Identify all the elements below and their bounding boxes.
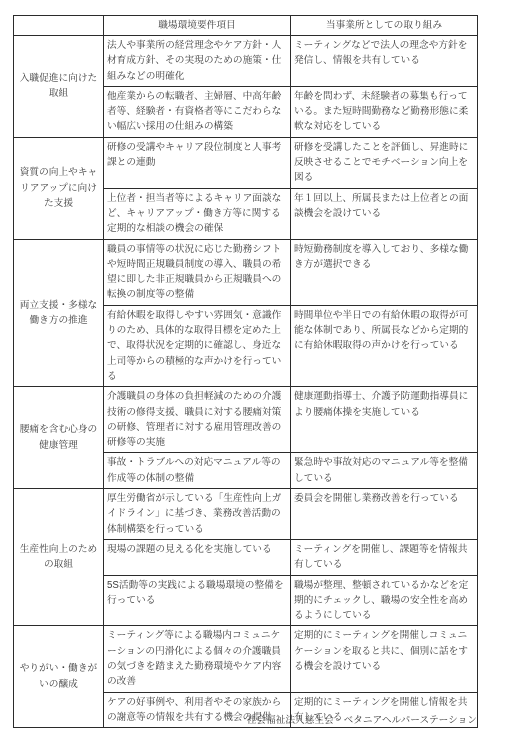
item-cell: 現場の課題の見える化を実施している xyxy=(104,539,291,575)
item-cell: 他産業からの転職者、主婦層、中高年齢者等、経験者・有資格者等にこだわらない幅広い… xyxy=(104,86,291,137)
item-cell: 5S活動等の実践による職場環境の整備を行っている xyxy=(104,575,291,626)
category-cell: 資質の向上やキャリアアップに向けた支援 xyxy=(14,137,104,239)
organization-name: 社会福祉法人慈生会 ベタニアヘルパーステーション xyxy=(247,713,477,728)
initiative-cell: 委員会を開催し業務改善を行っている xyxy=(291,489,478,540)
table-row: 腰痛を含む心身の健康管理介護職員の身体の負担軽減のための介護技術の修得支援、職員… xyxy=(14,387,478,453)
item-cell: 職員の事情等の状況に応じた勤務シフトや短時間正規職員制度の導入、職員の希望に即し… xyxy=(104,239,291,305)
table-row: 資質の向上やキャリアアップに向けた支援研修の受講やキャリア段位制度と人事考課との… xyxy=(14,137,478,188)
item-cell: ミーティング等による職場内コミュニケーションの円滑化による個々の介護職員の気づき… xyxy=(104,626,291,692)
initiative-cell: 時短勤務制度を導入しており、多様な働き方が選択できる xyxy=(291,239,478,305)
corner-cell xyxy=(14,16,104,36)
category-cell: 腰痛を含む心身の健康管理 xyxy=(14,387,104,489)
initiative-cell: 年齢を問わず、未経験者の募集も行っている。また短時間勤務など勤務形態に柔軟な対応… xyxy=(291,86,478,137)
item-cell: 上位者・担当者等によるキャリア面談など、キャリアアップ・働き方等に関する定期的な… xyxy=(104,188,291,239)
initiative-cell: 研修を受講したことを評価し、昇進時に反映させることでモチベーション向上を図る xyxy=(291,137,478,188)
table-body: 入職促進に向けた取組法人や事業所の経営理念やケア方針・人材育成方針、その実現のた… xyxy=(14,36,478,728)
initiative-cell: ミーティングを開催し、課題等を情報共有している xyxy=(291,539,478,575)
initiative-cell: 職場が整理、整頓されているかなどを定期的にチェックし、職場の安全性を高めるように… xyxy=(291,575,478,626)
category-cell: 入職促進に向けた取組 xyxy=(14,36,104,138)
table-row: やりがい・働きがいの醸成ミーティング等による職場内コミュニケーションの円滑化によ… xyxy=(14,626,478,692)
category-cell: 両立支援・多様な働き方の推進 xyxy=(14,239,104,387)
item-cell: 研修の受講やキャリア段位制度と人事考課との連動 xyxy=(104,137,291,188)
workplace-environment-table: 職場環境要件項目 当事業所としての取り組み 入職促進に向けた取組法人や事業所の経… xyxy=(13,15,478,728)
initiative-cell: 緊急時や事故対応のマニュアル等を整備している xyxy=(291,453,478,489)
item-cell: 厚生労働省が示している「生産性向上ガイドライン」に基づき、業務改善活動の体制構築… xyxy=(104,489,291,540)
initiative-cell: ミーティングなどで法人の理念や方針を発信し、情報を共有している xyxy=(291,36,478,87)
initiative-cell: 健康運動指導士、介護予防運動指導員により腰痛体操を実施している xyxy=(291,387,478,453)
header-row: 職場環境要件項目 当事業所としての取り組み xyxy=(14,16,478,36)
item-column-header: 職場環境要件項目 xyxy=(104,16,291,36)
item-cell: 有給休暇を取得しやすい雰囲気・意識作りのため、具体的な取得目標を定めた上で、取得… xyxy=(104,305,291,386)
table-row: 両立支援・多様な働き方の推進職員の事情等の状況に応じた勤務シフトや短時間正規職員… xyxy=(14,239,478,305)
item-cell: 法人や事業所の経営理念やケア方針・人材育成方針、その実現のための施策・仕組みなど… xyxy=(104,36,291,87)
category-cell: やりがい・働きがいの醸成 xyxy=(14,626,104,728)
item-cell: 事故・トラブルへの対応マニュアル等の作成等の体制の整備 xyxy=(104,453,291,489)
initiative-column-header: 当事業所としての取り組み xyxy=(291,16,478,36)
category-cell: 生産性向上のための取組 xyxy=(14,489,104,626)
document-page: 職場環境要件項目 当事業所としての取り組み 入職促進に向けた取組法人や事業所の経… xyxy=(0,0,509,742)
initiative-cell: 年１回以上、所属長または上位者との面談機会を設けている xyxy=(291,188,478,239)
table-row: 入職促進に向けた取組法人や事業所の経営理念やケア方針・人材育成方針、その実現のた… xyxy=(14,36,478,87)
item-cell: 介護職員の身体の負担軽減のための介護技術の修得支援、職員に対する腰痛対策の研修、… xyxy=(104,387,291,453)
initiative-cell: 定期的にミーティングを開催しコミュニケーションを取ると共に、個別に話をする機会を… xyxy=(291,626,478,692)
table-row: 生産性向上のための取組厚生労働省が示している「生産性向上ガイドライン」に基づき、… xyxy=(14,489,478,540)
initiative-cell: 時間単位や半日での有給休暇の取得が可能な体制であり、所属長などから定期的に有給休… xyxy=(291,305,478,386)
